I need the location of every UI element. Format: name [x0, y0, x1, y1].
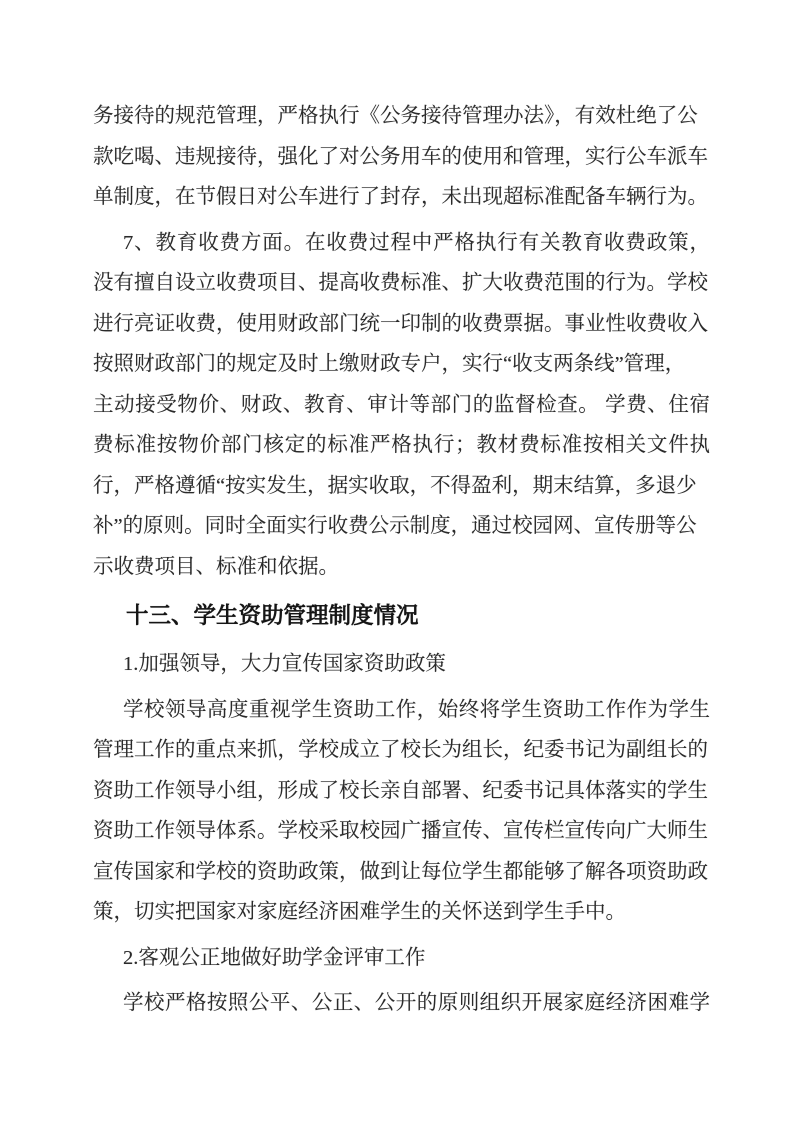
text-line: 学校领导高度重视学生资助工作，始终将学生资助工作作为学生 [93, 690, 710, 731]
document-page: 务接待的规范管理，严格执行《公务接待管理办法》，有效杜绝了公款吃喝、违规接待，强… [0, 0, 794, 1123]
paragraph-point-2-subheading: 2.客观公正地做好助学金评审工作 [93, 938, 710, 979]
paragraph-leadership-and-publicity: 学校领导高度重视学生资助工作，始终将学生资助工作作为学生管理工作的重点来抓，学校… [93, 690, 710, 933]
paragraph-grant-review-work: 学校严格按照公平、公正、公开的原则组织开展家庭经济困难学 [93, 983, 710, 1024]
text-line: 资助工作领导小组，形成了校长亲自部署、纪委书记具体落实的学生 [93, 771, 710, 812]
paragraph-official-reception-and-vehicles: 务接待的规范管理，严格执行《公务接待管理办法》，有效杜绝了公款吃喝、违规接待，强… [93, 96, 710, 218]
section-heading: 十三、学生资助管理制度情况 [93, 593, 710, 639]
text-line: 进行亮证收费，使用财政部门统一印制的收费票据。事业性收费收入 [93, 304, 710, 345]
document-content: 务接待的规范管理，严格执行《公务接待管理办法》，有效杜绝了公款吃喝、违规接待，强… [0, 0, 794, 1024]
text-line: 7、教育收费方面。在收费过程中严格执行有关教育收费政策， [93, 223, 710, 264]
text-line: 2.客观公正地做好助学金评审工作 [93, 938, 710, 979]
text-line: 1.加强领导，大力宣传国家资助政策 [93, 644, 710, 685]
text-line: 示收费项目、标准和依据。 [93, 547, 710, 588]
text-line: 费标准按物价部门核定的标准严格执行；教材费标准按相关文件执 [93, 425, 710, 466]
paragraph-point-1-subheading: 1.加强领导，大力宣传国家资助政策 [93, 644, 710, 685]
text-line: 宣传国家和学校的资助政策，做到让每位学生都能够了解各项资助政 [93, 852, 710, 893]
text-line: 补”的原则。同时全面实行收费公示制度，通过校园网、宣传册等公 [93, 506, 710, 547]
text-line: 没有擅自设立收费项目、提高收费标准、扩大收费范围的行为。学校 [93, 263, 710, 304]
text-line: 务接待的规范管理，严格执行《公务接待管理办法》，有效杜绝了公 [93, 96, 710, 137]
text-line: 单制度，在节假日对公车进行了封存，未出现超标准配备车辆行为。 [93, 177, 710, 218]
paragraph-education-fee-collection: 7、教育收费方面。在收费过程中严格执行有关教育收费政策，没有擅自设立收费项目、提… [93, 223, 710, 588]
text-line: 学校严格按照公平、公正、公开的原则组织开展家庭经济困难学 [93, 983, 710, 1024]
text-line: 策，切实把国家对家庭经济困难学生的关怀送到学生手中。 [93, 892, 710, 933]
text-line: 行，严格遵循“按实发生，据实收取，不得盈利，期末结算，多退少 [93, 466, 710, 507]
text-line: 主动接受物价、财政、教育、审计等部门的监督检查。 学费、住宿 [93, 385, 710, 426]
text-line: 管理工作的重点来抓，学校成立了校长为组长，纪委书记为副组长的 [93, 730, 710, 771]
paragraph-section-13-heading: 十三、学生资助管理制度情况 [93, 593, 710, 639]
text-line: 按照财政部门的规定及时上缴财政专户，实行“收支两条线”管理， [93, 344, 710, 385]
text-line: 款吃喝、违规接待，强化了对公务用车的使用和管理，实行公车派车 [93, 137, 710, 178]
text-line: 资助工作领导体系。学校采取校园广播宣传、宣传栏宣传向广大师生 [93, 811, 710, 852]
